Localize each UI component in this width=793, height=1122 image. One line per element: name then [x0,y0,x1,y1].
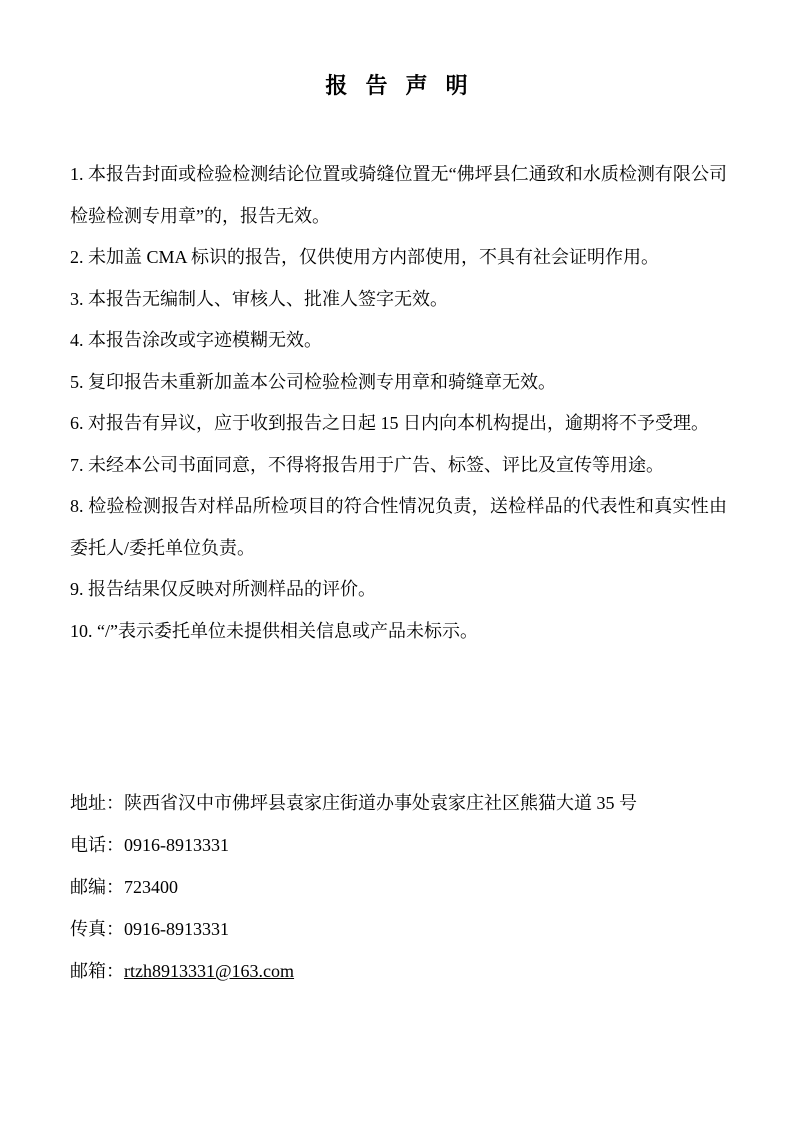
postal-label: 邮编： [70,877,124,897]
fax-label: 传真： [70,919,124,939]
fax-value: 0916-8913331 [124,919,229,939]
postal-value: 723400 [124,877,178,897]
address-value: 陕西省汉中市佛坪县袁家庄街道办事处袁家庄社区熊猫大道 35 号 [124,793,637,813]
contact-block: 地址：陕西省汉中市佛坪县袁家庄街道办事处袁家庄社区熊猫大道 35 号 电话：09… [70,782,727,992]
statement-item-8: 8. 检验检测报告对样品所检项目的符合性情况负责，送检样品的代表性和真实性由委托… [70,486,727,569]
statement-item-10: 10. “/”表示委托单位未提供相关信息或产品未标示。 [70,611,727,653]
statement-item-1: 1. 本报告封面或检验检测结论位置或骑缝位置无“佛坪县仁通致和水质检测有限公司检… [70,154,727,237]
email-label: 邮箱： [70,961,124,981]
statement-item-2: 2. 未加盖 CMA 标识的报告，仅供使用方内部使用，不具有社会证明作用。 [70,237,727,279]
contact-email-row: 邮箱：rtzh8913331@163.com [70,950,727,992]
phone-label: 电话： [70,835,124,855]
contact-postal-row: 邮编：723400 [70,866,727,908]
statement-item-9: 9. 报告结果仅反映对所测样品的评价。 [70,569,727,611]
email-link[interactable]: rtzh8913331@163.com [124,961,294,981]
contact-address-row: 地址：陕西省汉中市佛坪县袁家庄街道办事处袁家庄社区熊猫大道 35 号 [70,782,727,824]
page-title: 报 告 声 明 [0,0,793,102]
statement-item-5: 5. 复印报告未重新加盖本公司检验检测专用章和骑缝章无效。 [70,362,727,404]
phone-value: 0916-8913331 [124,835,229,855]
statement-list: 1. 本报告封面或检验检测结论位置或骑缝位置无“佛坪县仁通致和水质检测有限公司检… [70,154,727,652]
address-label: 地址： [70,793,124,813]
statement-item-6: 6. 对报告有异议，应于收到报告之日起 15 日内向本机构提出，逾期将不予受理。 [70,403,727,445]
statement-item-7: 7. 未经本公司书面同意，不得将报告用于广告、标签、评比及宣传等用途。 [70,445,727,487]
document-page: 报 告 声 明 1. 本报告封面或检验检测结论位置或骑缝位置无“佛坪县仁通致和水… [0,0,793,1122]
statement-item-3: 3. 本报告无编制人、审核人、批准人签字无效。 [70,279,727,321]
contact-fax-row: 传真：0916-8913331 [70,908,727,950]
contact-phone-row: 电话：0916-8913331 [70,824,727,866]
statement-item-4: 4. 本报告涂改或字迹模糊无效。 [70,320,727,362]
